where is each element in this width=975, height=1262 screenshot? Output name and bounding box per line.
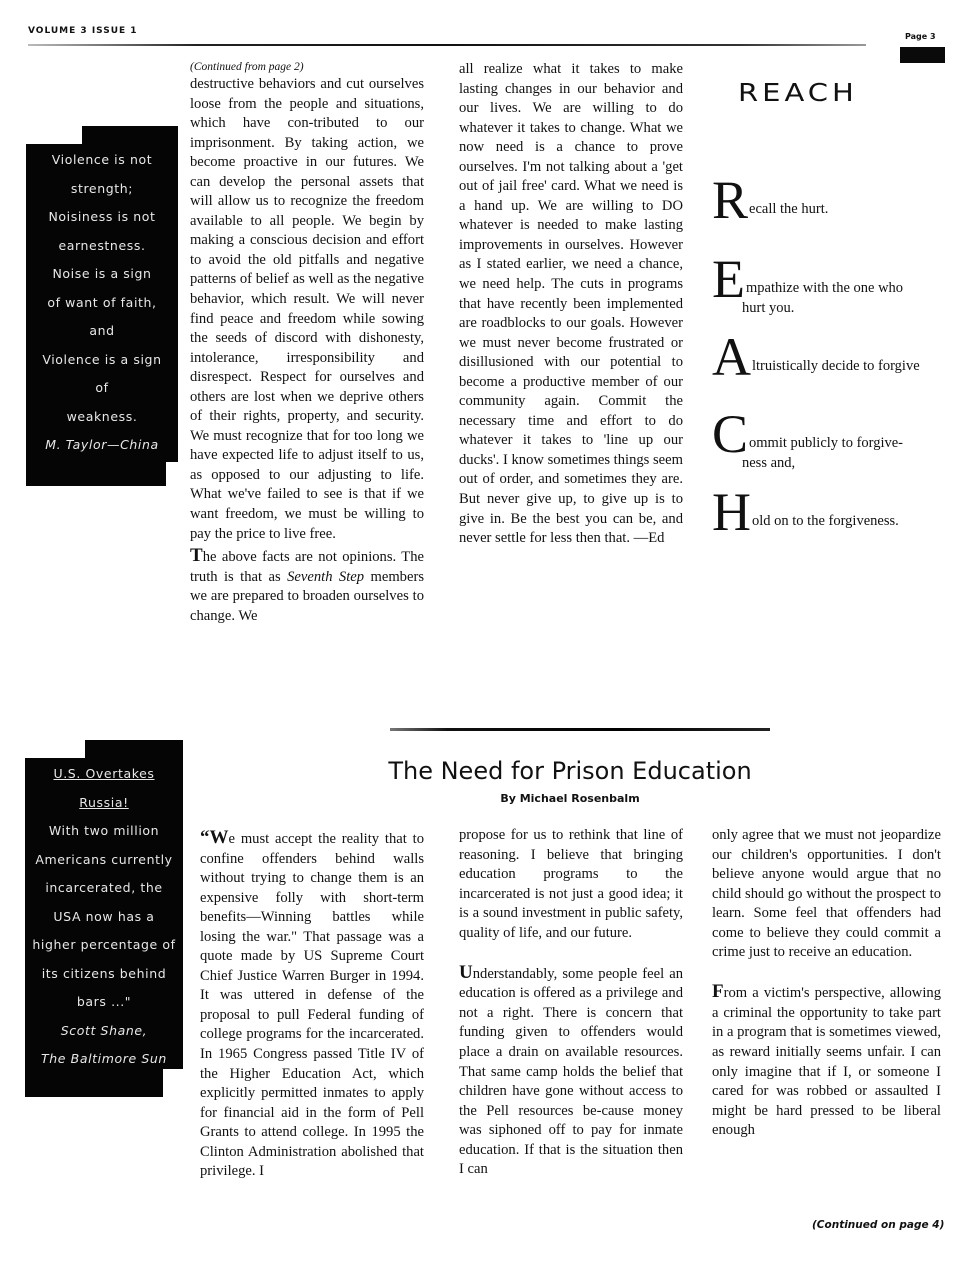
reach-letter: E: [712, 259, 745, 299]
quote-line: higher percentage of: [25, 931, 183, 960]
organization-name: Seventh Step: [287, 569, 364, 585]
quote-line: Noise is a sign: [26, 260, 178, 289]
quote-line: Violence is not: [26, 146, 178, 175]
article-column-2: propose for us to rethink that line of r…: [459, 826, 683, 1180]
section-divider: [390, 728, 770, 731]
reach-item-a: Altruistically decide to forgive: [712, 335, 952, 377]
quote-line: and: [26, 317, 178, 346]
continued-from-note: (Continued from page 2): [190, 60, 424, 75]
sidebar-headline: Russia!: [25, 789, 183, 818]
quote-line: Noisiness is not: [26, 203, 178, 232]
reach-item-e: Empathize with the one who hurt you.: [712, 257, 952, 318]
quote-line: earnestness.: [26, 232, 178, 261]
article-paragraph: destructive behaviors and cut ourselves …: [190, 75, 424, 544]
sidebar-notch: [25, 740, 85, 758]
quote-line: USA now has a: [25, 903, 183, 932]
quote-line: strength;: [26, 175, 178, 204]
sidebar-quote-lines: Violence is not strength; Noisiness is n…: [26, 126, 178, 460]
quote-line: weakness.: [26, 403, 178, 432]
quote-attribution: Scott Shane,: [25, 1017, 183, 1046]
quote-line: Americans currently: [25, 846, 183, 875]
article-column-1: “We must accept the reality that to conf…: [200, 828, 424, 1182]
sidebar-headline: U.S. Overtakes: [25, 760, 183, 789]
article-paragraph: “We must accept the reality that to conf…: [200, 828, 424, 1182]
article-column-3: only agree that we must not jeopardize o…: [712, 826, 941, 1141]
page-number: Page 3: [905, 32, 936, 41]
reach-title: REACH: [738, 78, 858, 107]
quote-line: of want of faith,: [26, 289, 178, 318]
volume-issue-label: VOLUME 3 ISSUE 1: [28, 26, 138, 36]
quote-line: bars ...": [25, 988, 183, 1017]
drop-cap: T: [190, 545, 203, 566]
quote-line: its citizens behind: [25, 960, 183, 989]
drop-cap: U: [459, 962, 473, 983]
article-column-1: (Continued from page 2) destructive beha…: [190, 60, 424, 626]
page-tab-marker: [900, 47, 945, 63]
quote-line: incarcerated, the: [25, 874, 183, 903]
article-paragraph: all realize what it takes to make lastin…: [459, 60, 683, 549]
article-paragraph: only agree that we must not jeopardize o…: [712, 826, 941, 963]
reach-letter: R: [712, 180, 748, 220]
quote-attribution: M. Taylor—China: [26, 431, 178, 460]
sidebar-quote-incarceration: U.S. Overtakes Russia! With two million …: [25, 740, 183, 1097]
article-paragraph: Understandably, some people feel an educ…: [459, 963, 683, 1180]
quote-line: With two million: [25, 817, 183, 846]
reach-item-h: Hold on to the forgiveness.: [712, 490, 952, 532]
article-column-2: all realize what it takes to make lastin…: [459, 60, 683, 549]
drop-cap: W: [210, 827, 229, 848]
article-title: The Need for Prison Education: [370, 757, 770, 785]
header-divider: [28, 44, 866, 46]
continued-on-note: (Continued on page 4): [812, 1218, 944, 1233]
reach-item-c: Commit publicly to forgive- ness and,: [712, 412, 952, 473]
quote-attribution: The Baltimore Sun: [25, 1045, 183, 1074]
sidebar-quote-lines: U.S. Overtakes Russia! With two million …: [25, 740, 183, 1074]
article-paragraph: The above facts are not opinions. The tr…: [190, 546, 424, 626]
article-byline: By Michael Rosenbalm: [370, 792, 770, 805]
quote-line: of: [26, 374, 178, 403]
reach-letter: A: [712, 337, 751, 377]
sidebar-quote-violence: Violence is not strength; Noisiness is n…: [26, 126, 178, 486]
reach-item-r: Recall the hurt.: [712, 178, 952, 220]
reach-letter: C: [712, 414, 748, 454]
sidebar-notch: [166, 462, 178, 486]
article-paragraph: propose for us to rethink that line of r…: [459, 826, 683, 943]
quote-line: Violence is a sign: [26, 346, 178, 375]
sidebar-notch: [26, 126, 82, 144]
reach-letter: H: [712, 492, 751, 532]
drop-cap: F: [712, 981, 724, 1002]
article-paragraph: From a victim's perspective, allowing a …: [712, 982, 941, 1140]
sidebar-notch: [163, 1069, 183, 1097]
